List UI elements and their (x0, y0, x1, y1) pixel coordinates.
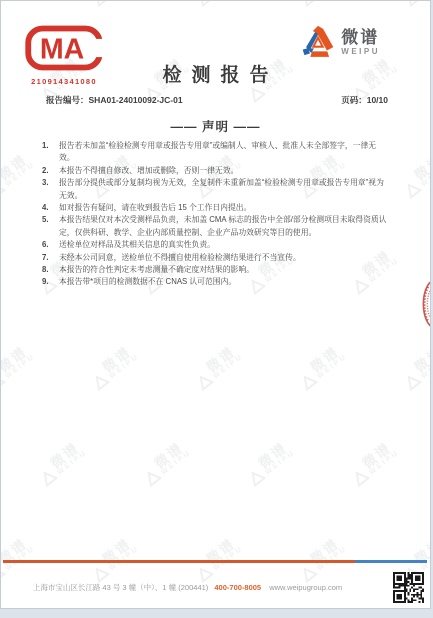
footer-rule (3, 560, 427, 563)
statement-item-text: 报告若未加盖“检验检测专用章或报告专用章”或编制人、审核人、批准人未全部签字，一… (59, 140, 390, 165)
page-number: 页码：10/10 (341, 94, 388, 106)
statement-item: 9.本报告带*项目的检测数据不在 CNAS 认可范围内。 (42, 276, 390, 288)
statement-item-number: 7. (42, 252, 55, 264)
footer-address: 上海市宝山区长江路 43 号 3 幢（中）、1 幢 (200441) (33, 583, 208, 592)
brand-name-en: WEIPU (341, 47, 380, 56)
statement-heading: —— 声明 —— (1, 117, 430, 135)
report-number-label: 报告编号： (46, 95, 89, 105)
page-title: 检测报告 (1, 60, 430, 87)
statement-item-text: 本报告带*项目的检测数据不在 CNAS 认可范围内。 (59, 276, 390, 288)
footer-rule-blue (355, 560, 427, 563)
statement-item: 4.如对报告有疑问，请在收到报告后 15 个工作日内提出。 (42, 202, 390, 214)
statement-item: 8.本报告的符合性判定未考虑测量不确定度对结果的影响。 (42, 264, 390, 276)
statement-item-number: 9. (42, 276, 55, 288)
footer-phone: 400-700-8005 (214, 583, 261, 592)
footer-rule-orange (3, 560, 355, 563)
statement-item: 5.本报告结果仅对本次受测样品负责，未加盖 CMA 标志的报告中全部/部分检测项… (42, 214, 390, 239)
report-page: 微谱WEIPU微谱WEIPU微谱WEIPU微谱WEIPU微谱WEIPU微谱WEI… (0, 0, 431, 609)
statement-item-text: 本报告不得擅自修改、增加或删除，否则一律无效。 (59, 165, 390, 177)
seal-arc-icon (419, 281, 431, 327)
statement-item-text: 未经本公司同意，送检单位不得擅自使用检验检测结果进行不当宣传。 (59, 252, 390, 264)
statement-item-text: 送检单位对样品及其相关信息的真实性负责。 (59, 239, 390, 251)
statement-item: 7.未经本公司同意，送检单位不得擅自使用检验检测结果进行不当宣传。 (42, 252, 390, 264)
statement-item-number: 4. (42, 202, 55, 214)
brand-text: 微谱 WEIPU (341, 29, 380, 56)
qr-code (393, 572, 424, 603)
weipu-triangle-icon (301, 25, 335, 59)
statement-item: 2.本报告不得擅自修改、增加或删除，否则一律无效。 (42, 165, 390, 177)
report-number-value: SHA01-24010092-JC-01 (89, 95, 183, 105)
page-number-label: 页码： (341, 95, 367, 105)
statement-item-number: 6. (42, 239, 55, 251)
statement-item-number: 5. (42, 214, 55, 239)
footer-contact: 上海市宝山区长江路 43 号 3 幢（中）、1 幢 (200441) 400-7… (1, 582, 374, 593)
page-number-value: 10/10 (367, 95, 388, 105)
statement-item: 3.报告部分提供或部分复制均视为无效，全复制件未重新加盖“检验检测专用章或报告专… (42, 177, 390, 202)
statement-item-number: 1. (42, 140, 55, 165)
statement-item-text: 本报告的符合性判定未考虑测量不确定度对结果的影响。 (59, 264, 390, 276)
statement-item-text: 报告部分提供或部分复制均视为无效，全复制件未重新加盖“检验检测专用章或报告专用章… (59, 177, 390, 202)
statement-item: 6.送检单位对样品及其相关信息的真实性负责。 (42, 239, 390, 251)
statement-item-text: 如对报告有疑问，请在收到报告后 15 个工作日内提出。 (59, 202, 390, 214)
brand-name-cn: 微谱 (341, 29, 380, 46)
statement-item-number: 8. (42, 264, 55, 276)
report-meta-row: 报告编号：SHA01-24010092-JC-01 页码：10/10 (46, 94, 388, 106)
statement-item: 1.报告若未加盖“检验检测专用章或报告专用章”或编制人、审核人、批准人未全部签字… (42, 140, 390, 165)
statement-item-text: 本报告结果仅对本次受测样品负责，未加盖 CMA 标志的报告中全部/部分检测项目未… (59, 214, 390, 239)
report-number: 报告编号：SHA01-24010092-JC-01 (46, 94, 183, 106)
weipu-logo: 微谱 WEIPU (301, 25, 380, 59)
statement-list: 1.报告若未加盖“检验检测专用章或报告专用章”或编制人、审核人、批准人未全部签字… (42, 140, 390, 289)
footer-website: www.weipugroup.com (269, 583, 342, 592)
statement-item-number: 2. (42, 165, 55, 177)
qr-code-svg (393, 572, 424, 603)
cross-page-seal (419, 281, 431, 327)
statement-item-number: 3. (42, 177, 55, 202)
